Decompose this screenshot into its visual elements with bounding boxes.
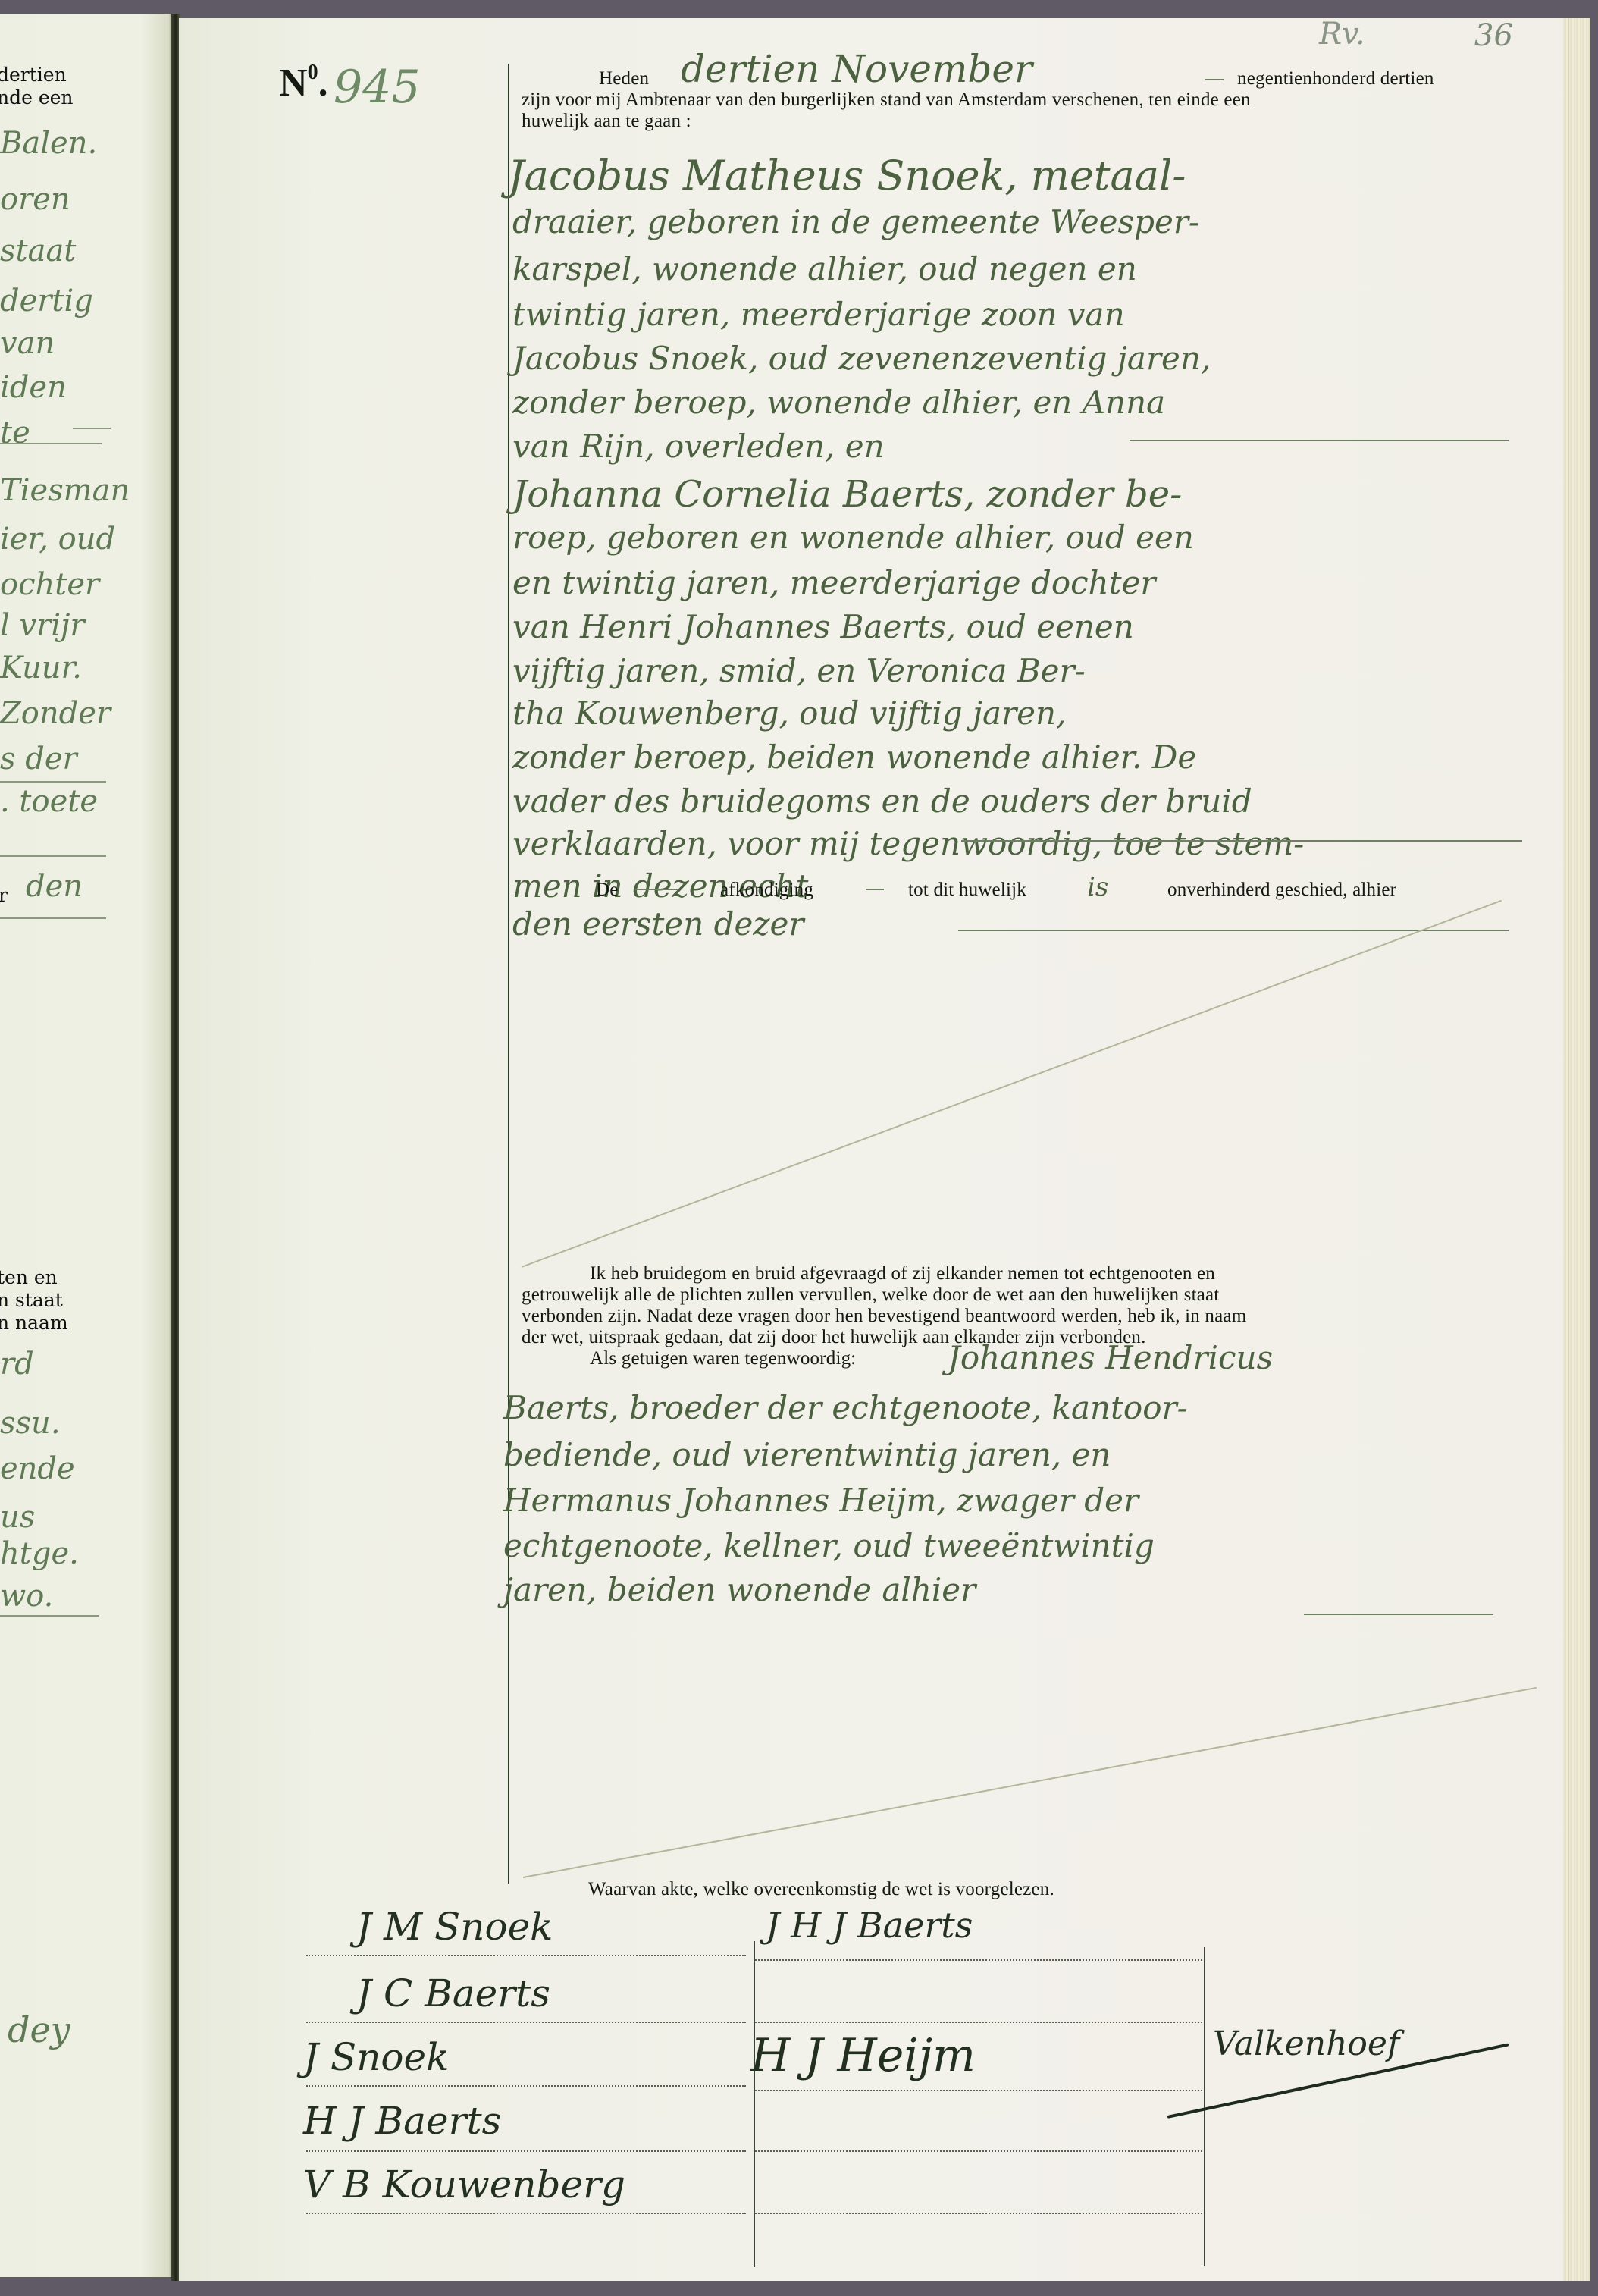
body-line: draaier, geboren in de gemeente Weesper-: [512, 206, 1199, 238]
signature-rule: [306, 2022, 746, 2023]
body-line: van Rijn, overleden, en: [512, 431, 885, 463]
header-line-2: zijn voor mij Ambtenaar van den burgerli…: [522, 89, 1251, 111]
signature-rule: [755, 2150, 1202, 2152]
proclamation-is: is: [1087, 872, 1108, 902]
witness-line: jaren, beiden wonende alhier: [503, 1574, 976, 1606]
body-line: karspel, wonende alhier, oud negen en: [512, 253, 1137, 285]
signature-registrar: Valkenhoef: [1213, 2025, 1399, 2063]
year-printed: negentienhonderd dertien: [1237, 68, 1434, 89]
left-divider: [0, 917, 106, 919]
witnesses-label: Als getuigen waren tegenwoordig:: [590, 1348, 856, 1369]
left-hand-line: Tiesman: [0, 473, 130, 508]
signature-bride-mother: V B Kouwenberg: [303, 2163, 625, 2207]
signature-rule: [755, 2022, 1202, 2023]
left-hand-line: htge.: [0, 1536, 79, 1571]
number-label: N0.: [279, 61, 328, 105]
body-line: van Henri Johannes Baerts, oud eenen: [512, 611, 1134, 643]
left-hand-line: oren: [0, 182, 70, 217]
left-hand-line: dertig: [0, 284, 93, 318]
left-printed-line: n naam: [0, 1312, 68, 1334]
left-hand-line: iden: [0, 370, 67, 405]
left-hand-line: Zonder: [0, 696, 111, 731]
left-hand-line: ende: [0, 1451, 75, 1486]
body-line: twintig jaren, meerderjarige zoon van: [512, 299, 1125, 331]
left-hand-line: l vrijr: [0, 608, 85, 643]
declaration-line: verbonden zijn. Nadat deze vragen door h…: [522, 1306, 1246, 1327]
signature-rule: [306, 1955, 746, 1956]
signature-witness-1: J H J Baerts: [766, 1905, 973, 1946]
body-line: vijftig jaren, smid, en Veronica Ber-: [512, 655, 1086, 687]
fill-rule: [1304, 1614, 1493, 1615]
left-hand-line: te: [0, 416, 30, 450]
left-hand-line: ier, oud: [0, 522, 115, 557]
body-line: roep, geboren en wonende alhier, oud een: [512, 522, 1194, 554]
left-hand-line: van: [0, 326, 55, 361]
body-line: zonder beroep, beiden wonende alhier. De: [512, 742, 1196, 773]
left-divider: [0, 855, 106, 857]
left-divider: [0, 781, 106, 783]
left-hand-line: Kuur.: [0, 651, 82, 685]
body-line: verklaarden, voor mij tegenwoordig, toe …: [512, 828, 1304, 860]
left-hand-line: ssu.: [0, 1406, 61, 1441]
left-divider: [0, 1615, 99, 1617]
left-hand-line: wo.: [0, 1579, 53, 1614]
proclamation-date: den eersten dezer: [512, 908, 804, 940]
declaration-line: getrouwelijk alle de plichten zullen ver…: [522, 1284, 1219, 1306]
left-hand-line: den: [26, 869, 83, 904]
left-hand-line: s der: [0, 742, 77, 776]
heden-label: Heden: [599, 68, 649, 89]
left-printed-fragment: r: [0, 884, 8, 906]
signature-column-divider: [1204, 1947, 1205, 2266]
left-printed-line: n staat: [0, 1289, 63, 1311]
witness-line: Hermanus Johannes Heijm, zwager der: [503, 1485, 1139, 1517]
witness-line: Baerts, broeder der echtgenoote, kantoor…: [503, 1392, 1188, 1424]
signature-rule: [306, 2150, 746, 2152]
signature-bride: J C Baerts: [356, 1971, 550, 2015]
scan-background: [0, 2281, 1598, 2296]
body-line: Jacobus Snoek, oud zevenenzeventig jaren…: [512, 343, 1211, 375]
left-printed-line: ten en: [0, 1266, 58, 1288]
header-line-3: huwelijk aan te gaan :: [522, 111, 691, 132]
number-value: 945: [334, 61, 421, 114]
left-fill-rule: [73, 428, 111, 429]
signature-groom-father: J Snoek: [303, 2035, 449, 2079]
margin-rule: [508, 64, 509, 1884]
fill-rule: [635, 889, 678, 890]
fill-rule: [866, 889, 884, 890]
left-printed-line: dertien: [0, 64, 67, 86]
witness-line: bediende, oud vierentwintig jaren, en: [503, 1439, 1111, 1471]
signature-bride-father: H J Baerts: [303, 2099, 501, 2143]
date-handwritten: dertien November: [681, 50, 1032, 88]
closing-statement: Waarvan akte, welke overeenkomstig de we…: [588, 1879, 1054, 1900]
signature-witness-2: H J Heijm: [750, 2029, 976, 2082]
left-divider: [0, 443, 102, 444]
proclamation-de: De: [596, 880, 619, 901]
date-fill-rule: [1205, 79, 1224, 80]
proclamation-afkondiging: afkondiging: [720, 880, 813, 901]
fill-rule: [958, 930, 1509, 931]
body-line: Johanna Cornelia Baerts, zonder be-: [512, 476, 1182, 513]
signature-rule: [755, 2090, 1202, 2091]
page-number: 36: [1474, 18, 1513, 53]
left-hand-line: Balen.: [0, 126, 97, 161]
page-initials: Rv.: [1319, 17, 1365, 52]
witness-line: echtgenoote, kellner, oud tweeëntwintig: [503, 1530, 1155, 1562]
signature-groom: J M Snoek: [356, 1905, 553, 1949]
page-edges: [1563, 18, 1590, 2281]
left-hand-line: us: [0, 1500, 35, 1535]
proclamation-onverhinderd: onverhinderd geschied, alhier: [1167, 880, 1396, 901]
left-printed-line: nde een: [0, 86, 74, 108]
declaration-line: Ik heb bruidegom en bruid afgevraagd of …: [590, 1263, 1215, 1284]
witness-line: Johannes Hendricus: [948, 1342, 1273, 1374]
signature-rule: [306, 2085, 746, 2087]
body-line: tha Kouwenberg, oud vijftig jaren,: [512, 698, 1066, 729]
fill-rule: [1130, 440, 1509, 441]
body-line: Jacobus Matheus Snoek, metaal-: [508, 155, 1186, 196]
left-hand-line: ochter: [0, 567, 99, 602]
signature-rule: [755, 1959, 1202, 1961]
body-line: en twintig jaren, meerderjarige dochter: [512, 567, 1156, 599]
body-line: vader des bruidegoms en de ouders der br…: [512, 786, 1252, 817]
signature-column-divider: [754, 1941, 755, 2267]
left-hand-line: staat: [0, 234, 76, 268]
proclamation-tot-dit-huwelijk: tot dit huwelijk: [908, 880, 1026, 901]
body-line: zonder beroep, wonende alhier, en Anna: [512, 387, 1165, 419]
signature-rule: [306, 2213, 746, 2214]
left-hand-line: . toete: [0, 784, 98, 819]
left-signature-fragment: dey: [8, 2009, 70, 2050]
signature-rule: [755, 2213, 1202, 2214]
left-hand-line: rd: [0, 1347, 34, 1382]
fill-rule: [961, 840, 1522, 842]
left-page-fragment: dertien nde een Balen. oren staat dertig…: [0, 14, 176, 2277]
